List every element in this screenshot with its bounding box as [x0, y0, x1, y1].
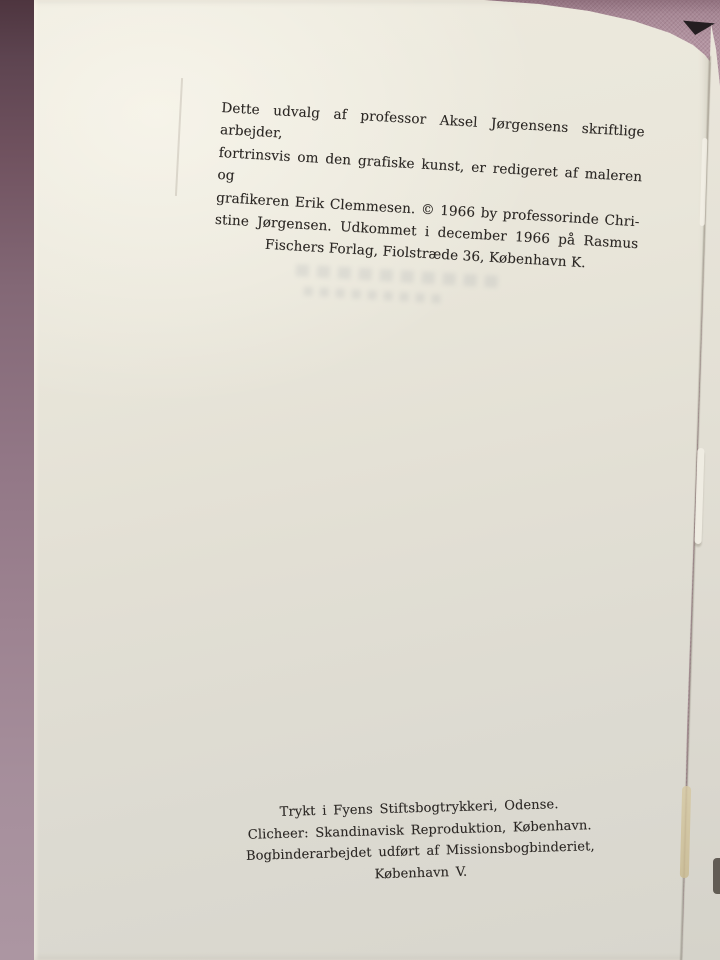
- imprint-block: Trykt i Fyens Stiftsbogtrykkeri, Odense.…: [237, 793, 603, 890]
- edge-dark-mark: [713, 858, 720, 894]
- colophon-block: Dette udvalg af professor Aksel Jørgense…: [213, 97, 645, 278]
- book-photo: Dette udvalg af professor Aksel Jørgense…: [0, 0, 720, 960]
- book-spine-edge: [0, 0, 35, 960]
